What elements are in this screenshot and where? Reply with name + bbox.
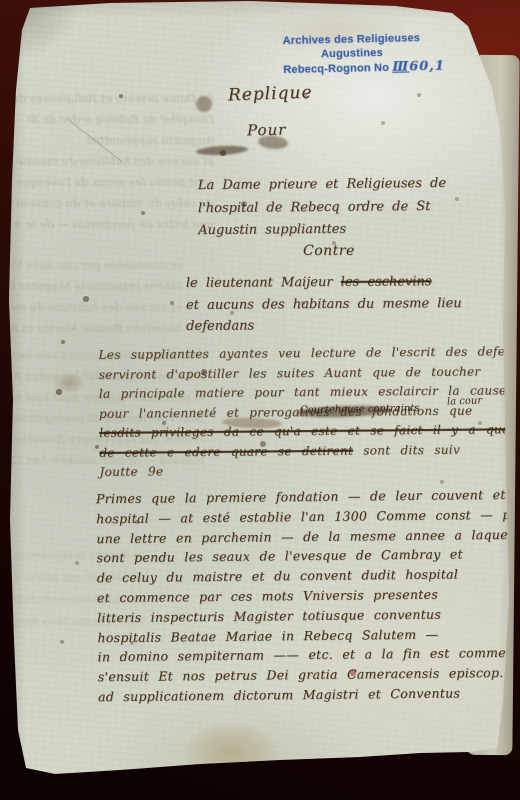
- text-line: et aucuns des habitans du mesme lieu: [186, 293, 462, 316]
- struck-text: de cette e edere quare se detirent: [99, 443, 353, 459]
- document-heading: Replique: [228, 83, 313, 106]
- interlinear-insertion: la cour: [447, 395, 483, 407]
- text-line: ad supplicationem dictorum Magistri et C…: [98, 683, 520, 707]
- text-line: Joutte 9e: [99, 459, 520, 482]
- bleedthrough-text: et commence par ces mots Vniversis prese…: [12, 255, 182, 339]
- bleedthrough-text: La Dame prieure et Religieuses de l'hosp…: [14, 88, 214, 235]
- text-line: de cette e edere quare se detirent sont …: [99, 440, 520, 463]
- second-body-paragraph: Primes que la premiere fondation — de le…: [96, 485, 520, 707]
- plaintiffs-paragraph: La Dame prieure et Religieuses de l'hosp…: [198, 173, 447, 243]
- text-line: le lieutenant Maijeur les eschevins: [186, 271, 462, 294]
- struck-text: les eschevins: [341, 274, 432, 290]
- interlinear-insertion: Courteheuse contraints: [300, 403, 420, 416]
- document-subheading: Pour: [247, 121, 287, 140]
- archive-stamp: Archives des Religieuses Augustines Rebe…: [283, 31, 484, 78]
- archive-photo: La Dame prieure et Religieuses de l'hosp…: [0, 0, 520, 800]
- defendants-paragraph: le lieutenant Maijeur les eschevins et a…: [186, 271, 462, 337]
- manuscript-paper: La Dame prieure et Religieuses de l'hosp…: [0, 0, 520, 800]
- tan-stain-bottom: [183, 722, 279, 784]
- text-line: defendans: [186, 314, 462, 337]
- stamp-line-3: Rebecq-Rognon No Ⅲ60,1: [283, 59, 483, 78]
- stamp-prefix: Rebecq-Rognon No: [283, 62, 389, 76]
- stamp-inventory-number: Ⅲ60,1: [392, 59, 445, 75]
- text-line: l'hospital de Rebecq ordre de St: [198, 195, 446, 220]
- text-line: La Dame prieure et Religieuses de: [198, 173, 446, 198]
- text-line: Augustin supplianttes: [198, 218, 446, 243]
- ink-speckles: [0, 0, 2, 2]
- versus-heading: Contre: [303, 243, 355, 259]
